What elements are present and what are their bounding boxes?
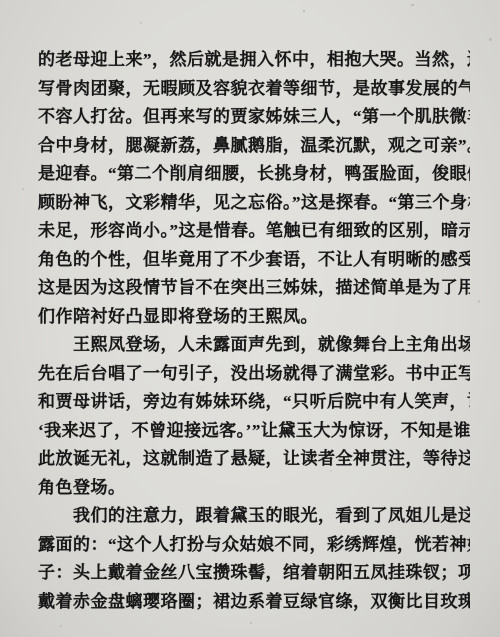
text-line: 角色的个性，但毕竟用了不少套语，不让人有明晰的感受。 — [38, 246, 470, 275]
text-line paragraph-end: 们作陪衬好凸显即将登场的王熙凤。 — [38, 303, 470, 332]
scan-noise-speck — [303, 10, 305, 12]
scan-noise-speck — [140, 22, 142, 24]
scan-noise-speck — [489, 38, 492, 41]
text-line: 戴着赤金盘螭璎珞圈；裙边系着豆绿官绦，双衡比目玫瑰佩； — [38, 588, 470, 617]
text-line paragraph-start: 我们的注意力，跟着黛玉的眼光，看到了凤姐儿是这样 — [38, 502, 470, 531]
text-line: 不容人打岔。但再来写的贾家姊妹三人，“第一个肌肤微丰， — [38, 103, 470, 132]
scan-noise-speck — [60, 625, 62, 627]
text-line: 未足，形容尚小。”这是惜春。笔触已有细致的区别，暗示了 — [38, 217, 470, 246]
text-line: 合中身材，腮凝新荔，鼻腻鹅脂，温柔沉默，观之可亲”。这 — [38, 132, 470, 161]
text-line: 先在后台唱了一句引子，没出场就得了满堂彩。书中正写黛玉 — [38, 360, 470, 389]
scanned-book-page: 的老母迎上来”，然后就是拥入怀中，相抱大哭。当然，这是 写骨肉团聚，无暇顾及容貌… — [0, 0, 500, 637]
scan-noise-speck — [478, 300, 480, 303]
text-line: ‘我来迟了，不曾迎接远客。’”让黛玉大为惊讶，不知是谁如 — [38, 417, 470, 446]
scan-noise-speck — [411, 4, 414, 6]
text-line: 写骨肉团聚，无暇顾及容貌衣着等细节，是故事发展的气氛 — [38, 75, 470, 104]
text-line: 子：头上戴着金丝八宝攒珠髻，绾着朝阳五凤挂珠钗；项上 — [38, 559, 470, 588]
text-line: 是迎春。“第二个削肩细腰，长挑身材，鸭蛋脸面，俊眼修眉， — [38, 160, 470, 189]
text-line paragraph-start: 王熙凤登场，人未露面声先到，就像舞台上主角出场， — [38, 331, 470, 360]
text-line paragraph-end: 角色登场。 — [38, 474, 470, 503]
text-line: 这是因为这段情节旨不在突出三姊妹，描述简单是为了用她 — [38, 274, 470, 303]
text-line: 的老母迎上来”，然后就是拥入怀中，相抱大哭。当然，这是 — [38, 46, 470, 75]
scan-noise-speck — [250, 622, 252, 624]
scan-noise-speck — [22, 188, 24, 190]
body-text: 的老母迎上来”，然后就是拥入怀中，相抱大哭。当然，这是 写骨肉团聚，无暇顾及容貌… — [38, 46, 470, 616]
text-line: 露面的：“这个人打扮与众姑娘不同，彩绣辉煌，恍若神妃仙 — [38, 531, 470, 560]
text-line: 顾盼神飞，文彩精华，见之忘俗。”这是探春。“第三个身材 — [38, 189, 470, 218]
text-line: 此放诞无礼，这就制造了悬疑，让读者全神贯注，等待这个 — [38, 445, 470, 474]
text-line: 和贾母讲话，旁边有姊妹环绕，“只听后院中有人笑声，说： — [38, 388, 470, 417]
